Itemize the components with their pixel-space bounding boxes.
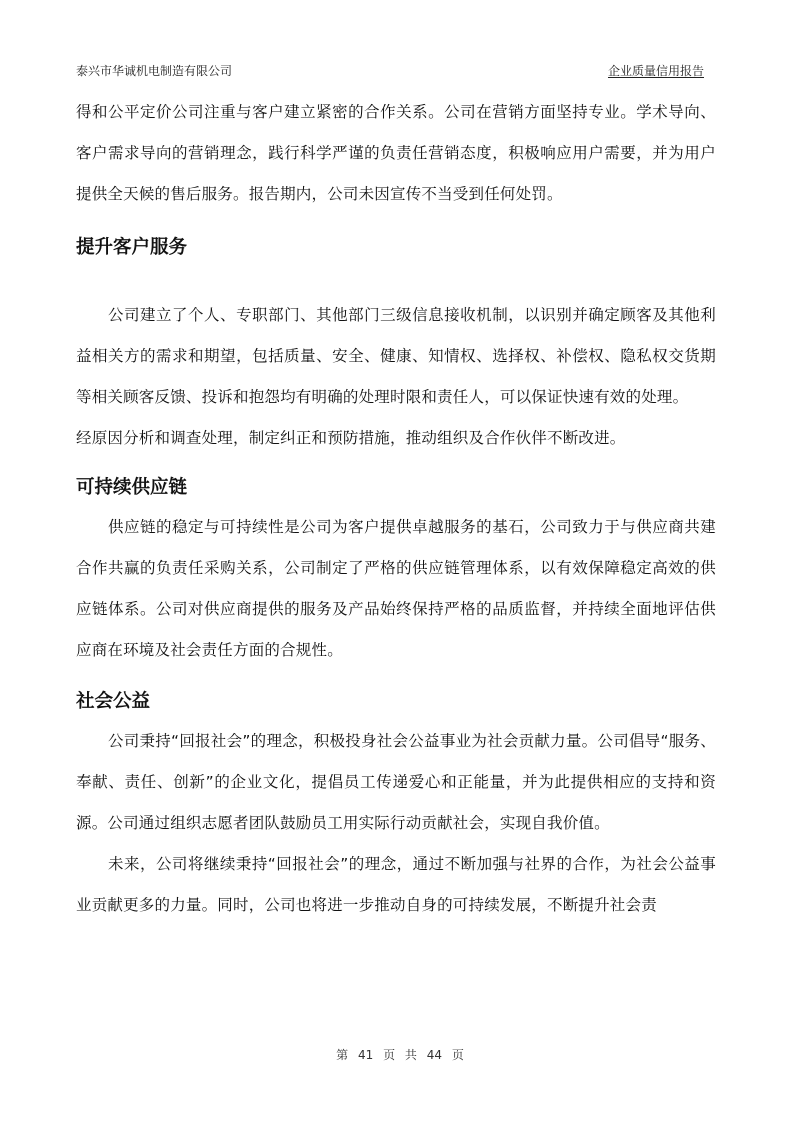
page-number-label: 页 [383,1048,395,1062]
customer-service-paragraph: 经原因分析和调查处理，制定纠正和预防措施，推动组织及合作伙伴不断改进。 [76,418,716,459]
public-welfare-paragraph: 未来，公司将继续秉持“回报社会”的理念，通过不断加强与社界的合作，为社会公益事业… [76,844,716,926]
report-title: 企业质量信用报告 [608,62,704,79]
page-header: 泰兴市华诚机电制造有限公司 企业质量信用报告 [76,62,704,80]
page-footer: 第 41 页 共 44 页 [0,1046,800,1063]
total-pages-label: 共 [405,1048,417,1062]
section-title-supply-chain: 可持续供应链 [76,473,716,503]
page-content: 得和公平定价公司注重与客户建立紧密的合作关系。公司在营销方面坚持专业。学术导向、… [76,92,716,926]
customer-service-paragraph: 公司建立了个人、专职部门、其他部门三级信息接收机制，以识别并确定顾客及其他利益相… [76,295,716,418]
current-page-number: 41 [358,1048,373,1062]
company-name: 泰兴市华诚机电制造有限公司 [76,62,232,79]
page-number-suffix: 页 [452,1048,464,1062]
intro-paragraph: 得和公平定价公司注重与客户建立紧密的合作关系。公司在营销方面坚持专业。学术导向、… [76,92,716,215]
page-number-prefix: 第 [336,1048,348,1062]
section-title-customer-service: 提升客户服务 [76,233,716,263]
total-pages-number: 44 [427,1048,442,1062]
section-title-public-welfare: 社会公益 [76,687,716,717]
public-welfare-paragraph: 公司秉持“回报社会”的理念，积极投身社会公益事业为社会贡献力量。公司倡导“服务、… [76,721,716,844]
supply-chain-paragraph: 供应链的稳定与可持续性是公司为客户提供卓越服务的基石，公司致力于与供应商共建合作… [76,507,716,671]
